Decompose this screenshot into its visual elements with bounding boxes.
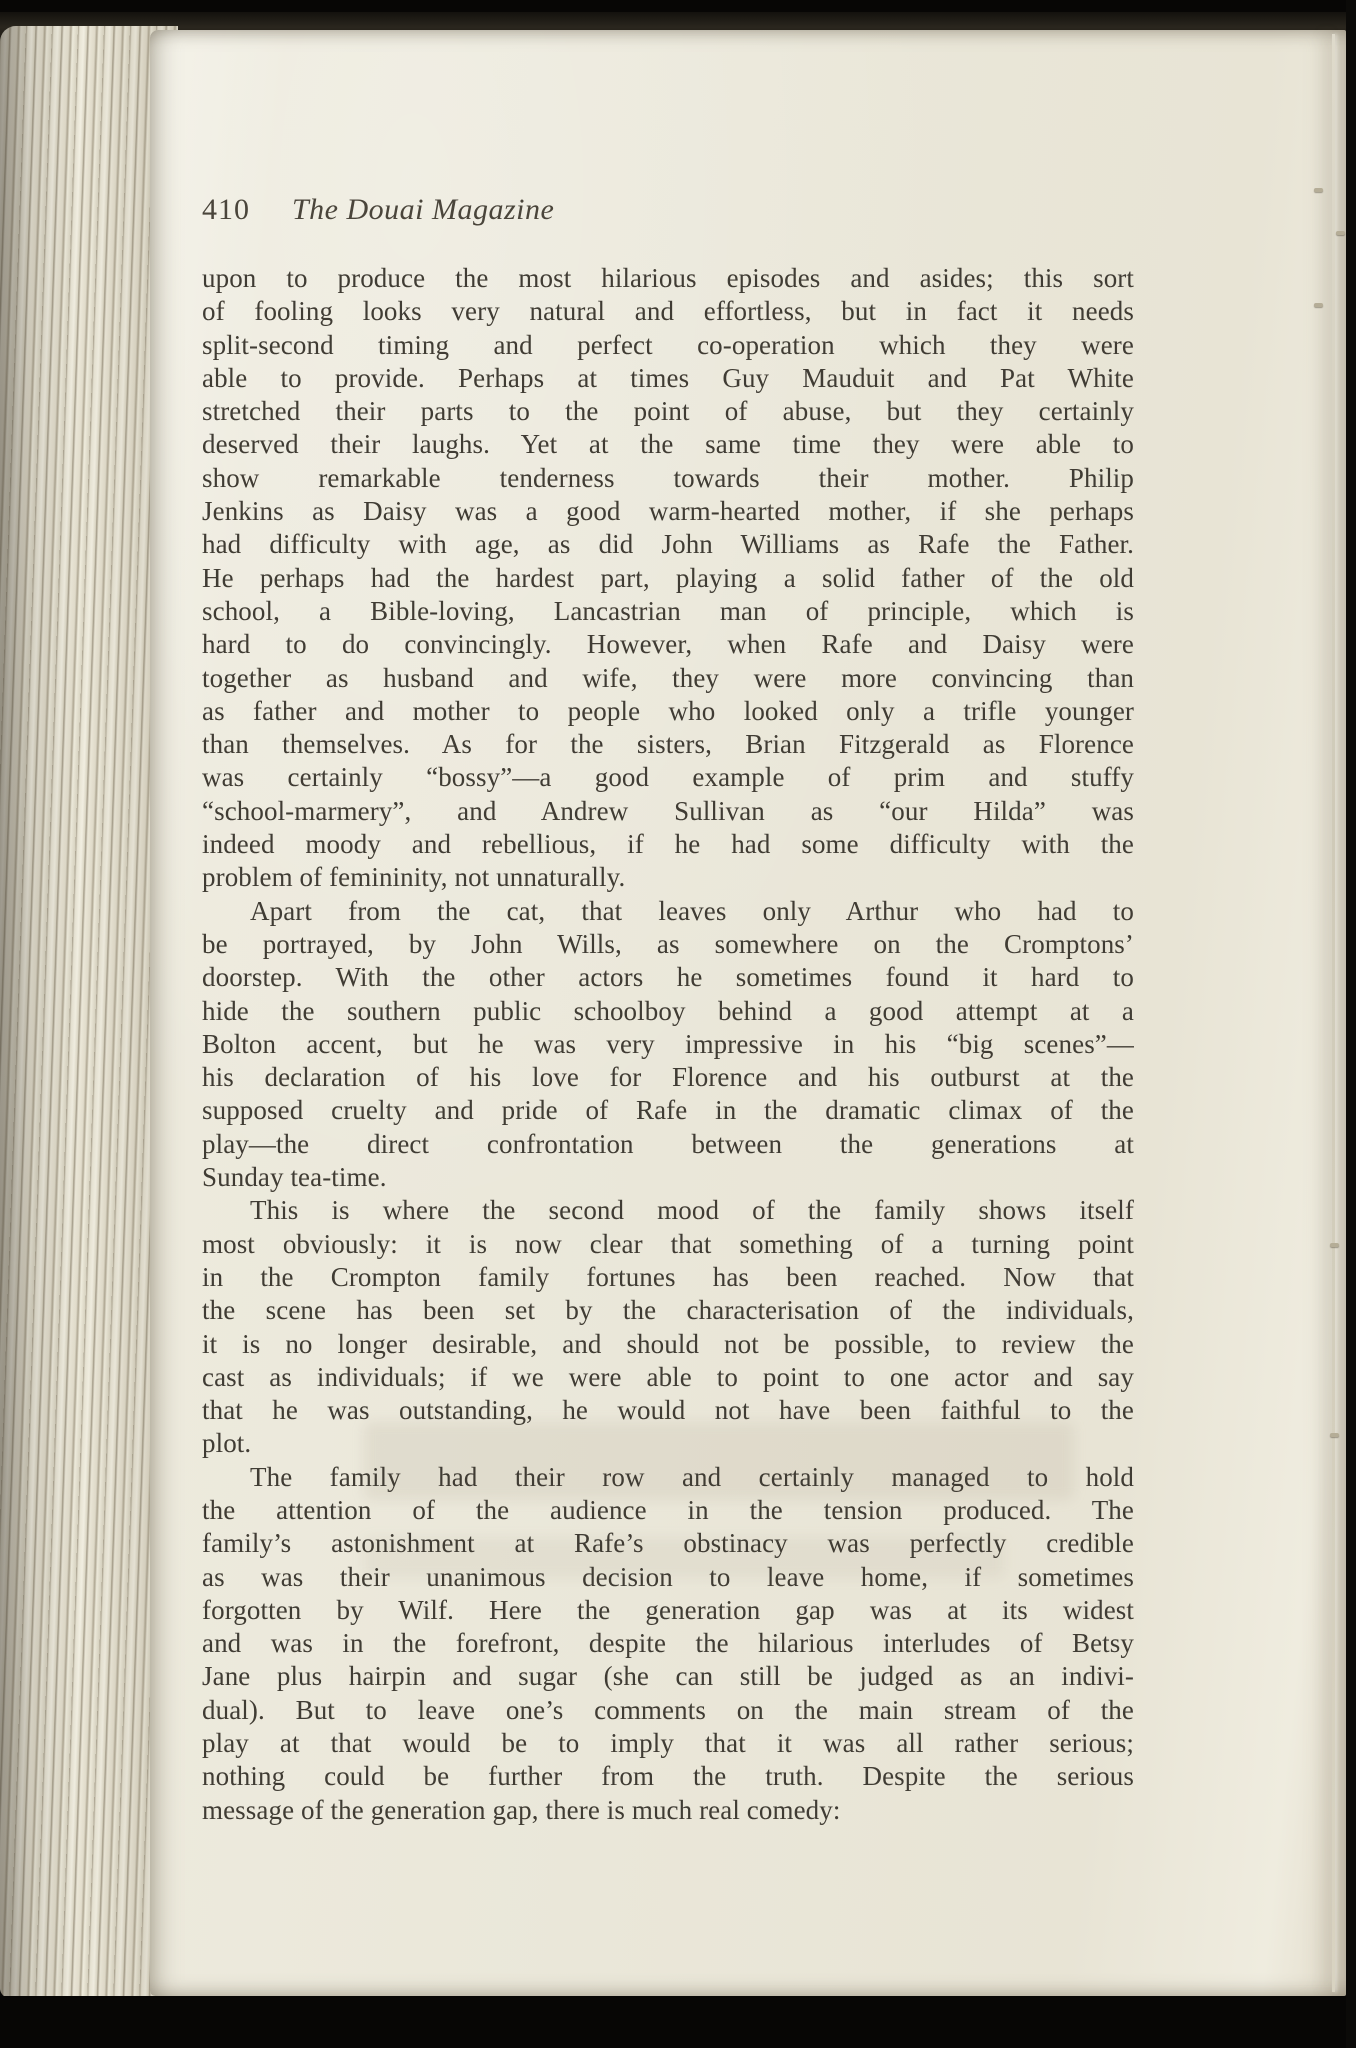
text-line: He perhaps had the hardest part, playing… bbox=[202, 562, 1134, 595]
paragraph: The family had their row and certainly m… bbox=[202, 1461, 1134, 1827]
text-line: be portrayed, by John Wills, as somewher… bbox=[202, 928, 1134, 961]
text-line: had difficulty with age, as did John Wil… bbox=[202, 528, 1134, 561]
background-right bbox=[1346, 0, 1356, 2048]
text-line: split-second timing and perfect co-opera… bbox=[202, 329, 1134, 362]
text-line: in the Crompton family fortunes has been… bbox=[202, 1261, 1134, 1294]
text-line: problem of femininity, not unnaturally. bbox=[202, 861, 1134, 894]
page-number: 410 bbox=[202, 193, 250, 227]
text-block: upon to produce the most hilarious episo… bbox=[202, 262, 1134, 1827]
stitch-mark bbox=[1314, 303, 1323, 307]
text-line: indeed moody and rebellious, if he had s… bbox=[202, 828, 1134, 861]
text-line: hide the southern public schoolboy behin… bbox=[202, 995, 1134, 1028]
paragraph: This is where the second mood of the fam… bbox=[202, 1194, 1134, 1460]
text-line: able to provide. Perhaps at times Guy Ma… bbox=[202, 362, 1134, 395]
text-line: school, a Bible-loving, Lancastrian man … bbox=[202, 595, 1134, 628]
text-line: nothing could be further from the truth.… bbox=[202, 1760, 1134, 1793]
text-line: Jane plus hairpin and sugar (she can sti… bbox=[202, 1660, 1134, 1693]
background-bottom bbox=[0, 1996, 1356, 2048]
paragraph: upon to produce the most hilarious episo… bbox=[202, 262, 1134, 895]
stitch-mark bbox=[1336, 231, 1345, 235]
text-line: cast as individuals; if we were able to … bbox=[202, 1361, 1134, 1394]
text-line: his declaration of his love for Florence… bbox=[202, 1061, 1134, 1094]
stitch-mark bbox=[1330, 1433, 1339, 1437]
gutter-crease bbox=[1332, 34, 1335, 1992]
paragraph: Apart from the cat, that leaves only Art… bbox=[202, 895, 1134, 1195]
page-header: 410 The Douai Magazine bbox=[202, 193, 1134, 227]
text-line: show remarkable tenderness towards their… bbox=[202, 462, 1134, 495]
stitch-mark bbox=[1330, 1243, 1339, 1247]
text-line: doorstep. With the other actors he somet… bbox=[202, 961, 1134, 994]
text-line: it is no longer desirable, and should no… bbox=[202, 1328, 1134, 1361]
text-line: forgotten by Wilf. Here the generation g… bbox=[202, 1594, 1134, 1627]
text-line: message of the generation gap, there is … bbox=[202, 1794, 1134, 1827]
text-line: This is where the second mood of the fam… bbox=[202, 1194, 1134, 1227]
text-line: deserved their laughs. Yet at the same t… bbox=[202, 428, 1134, 461]
text-line: and was in the forefront, despite the hi… bbox=[202, 1627, 1134, 1660]
text-line: play at that would be to imply that it w… bbox=[202, 1727, 1134, 1760]
text-line: Apart from the cat, that leaves only Art… bbox=[202, 895, 1134, 928]
stitch-mark bbox=[1314, 188, 1323, 192]
text-line: as father and mother to people who looke… bbox=[202, 695, 1134, 728]
text-line: Bolton accent, but he was very impressiv… bbox=[202, 1028, 1134, 1061]
text-line: was certainly “bossy”—a good example of … bbox=[202, 761, 1134, 794]
text-line: “school-marmery”, and Andrew Sullivan as… bbox=[202, 795, 1134, 828]
text-line: than themselves. As for the sisters, Bri… bbox=[202, 728, 1134, 761]
text-line: dual). But to leave one’s comments on th… bbox=[202, 1694, 1134, 1727]
text-line: the attention of the audience in the ten… bbox=[202, 1494, 1134, 1527]
book-scan: 410 The Douai Magazine upon to produce t… bbox=[0, 0, 1356, 2048]
text-line: The family had their row and certainly m… bbox=[202, 1461, 1134, 1494]
text-line: hard to do convincingly. However, when R… bbox=[202, 628, 1134, 661]
text-line: stretched their parts to the point of ab… bbox=[202, 395, 1134, 428]
text-line: that he was outstanding, he would not ha… bbox=[202, 1394, 1134, 1427]
text-line: family’s astonishment at Rafe’s obstinac… bbox=[202, 1527, 1134, 1560]
text-line: plot. bbox=[202, 1427, 1134, 1460]
text-line: Sunday tea-time. bbox=[202, 1161, 1134, 1194]
text-line: most obviously: it is now clear that som… bbox=[202, 1228, 1134, 1261]
text-line: the scene has been set by the characteri… bbox=[202, 1294, 1134, 1327]
text-line: as was their unanimous decision to leave… bbox=[202, 1561, 1134, 1594]
text-line: together as husband and wife, they were … bbox=[202, 662, 1134, 695]
journal-title: The Douai Magazine bbox=[292, 193, 554, 227]
text-line: supposed cruelty and pride of Rafe in th… bbox=[202, 1094, 1134, 1127]
text-line: play—the direct confrontation between th… bbox=[202, 1128, 1134, 1161]
text-line: upon to produce the most hilarious episo… bbox=[202, 262, 1134, 295]
text-line: of fooling looks very natural and effort… bbox=[202, 295, 1134, 328]
text-line: Jenkins as Daisy was a good warm-hearted… bbox=[202, 495, 1134, 528]
